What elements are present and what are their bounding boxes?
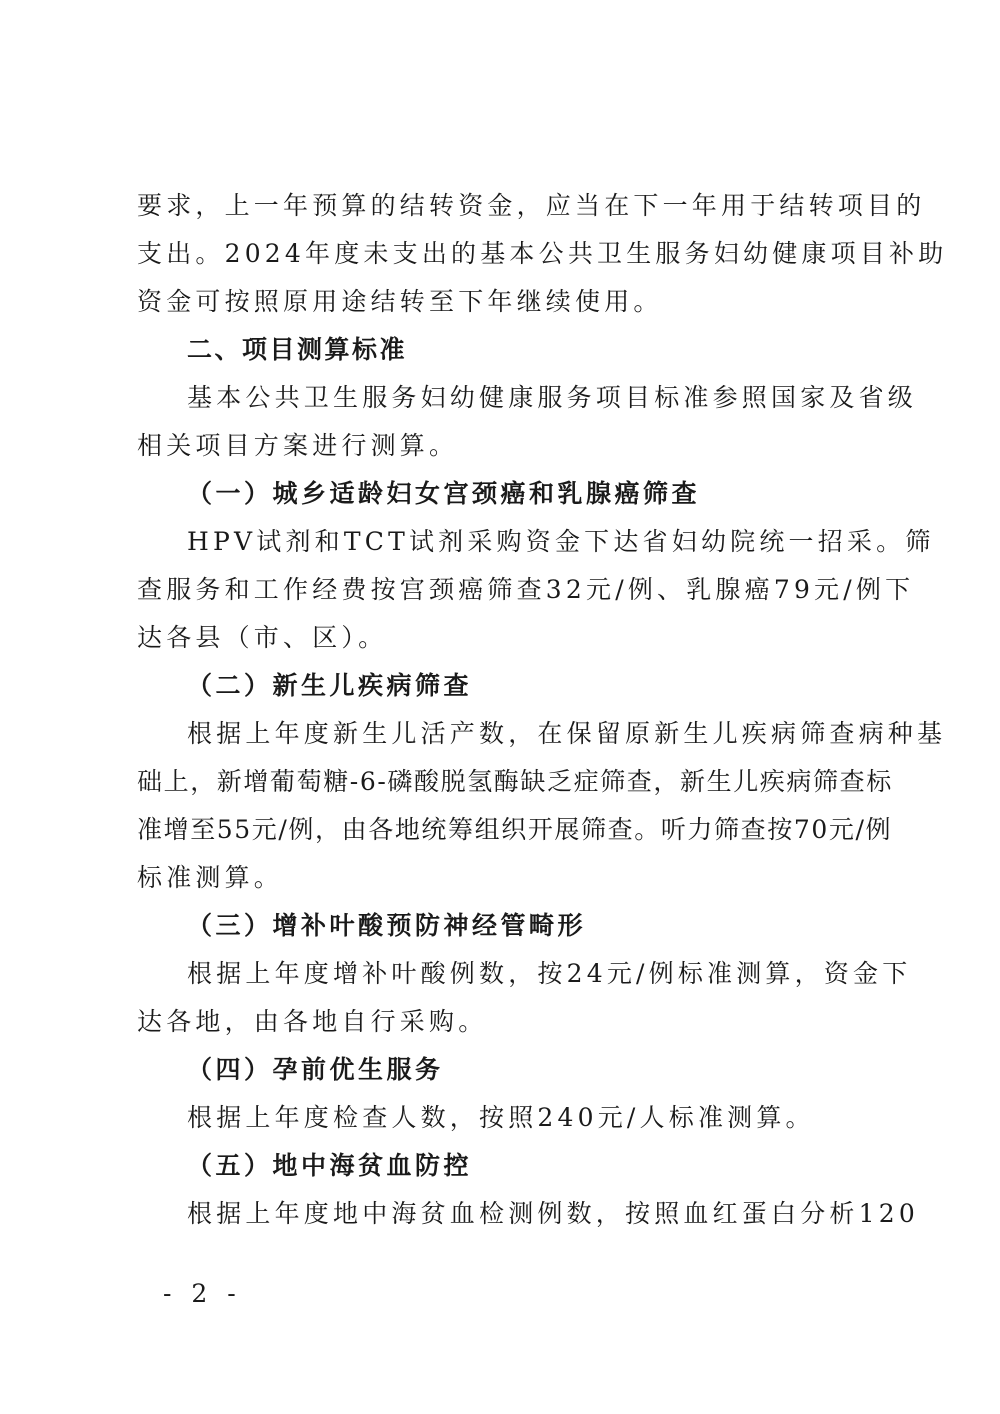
paragraph-line-preconception-1: 根据上年度检查人数，按照240元/人标准测算。 bbox=[187, 1100, 859, 1136]
subheading-3-folic-acid: （三）增补叶酸预防神经管畸形 bbox=[187, 908, 859, 944]
paragraph-line-newborn-2: 础上，新增葡萄糖-6-磷酸脱氢酶缺乏症筛查，新生儿疾病筛查标 bbox=[137, 764, 859, 800]
paragraph-line-carryover-3: 资金可按照原用途结转至下年继续使用。 bbox=[137, 284, 859, 320]
page-number: - 2 - bbox=[163, 1276, 242, 1312]
paragraph-line-cancer-1: HPV试剂和TCT试剂采购资金下达省妇幼院统一招采。筛 bbox=[187, 524, 859, 560]
paragraph-line-carryover-1: 要求，上一年预算的结转资金，应当在下一年用于结转项目的 bbox=[137, 188, 859, 224]
paragraph-line-carryover-2: 支出。2024年度未支出的基本公共卫生服务妇幼健康项目补助 bbox=[137, 236, 859, 272]
paragraph-line-folic-1: 根据上年度增补叶酸例数，按24元/例标准测算，资金下 bbox=[187, 956, 859, 992]
paragraph-line-folic-2: 达各地，由各地自行采购。 bbox=[137, 1004, 859, 1040]
paragraph-line-cancer-3: 达各县（市、区）。 bbox=[137, 620, 859, 656]
paragraph-line-newborn-3: 准增至55元/例，由各地统筹组织开展筛查。听力筛查按70元/例 bbox=[137, 812, 859, 848]
subheading-1-cancer-screening: （一）城乡适龄妇女宫颈癌和乳腺癌筛查 bbox=[187, 476, 859, 512]
paragraph-line-cancer-2: 查服务和工作经费按宫颈癌筛查32元/例、乳腺癌79元/例下 bbox=[137, 572, 859, 608]
paragraph-line-newborn-1: 根据上年度新生儿活产数，在保留原新生儿疾病筛查病种基 bbox=[187, 716, 859, 752]
subheading-2-newborn-screening: （二）新生儿疾病筛查 bbox=[187, 668, 859, 704]
paragraph-line-standards-1: 基本公共卫生服务妇幼健康服务项目标准参照国家及省级 bbox=[187, 380, 859, 416]
subheading-5-thalassemia: （五）地中海贫血防控 bbox=[187, 1148, 859, 1184]
section-heading-2: 二、项目测算标准 bbox=[187, 332, 859, 368]
paragraph-line-thalassemia-1: 根据上年度地中海贫血检测例数，按照血红蛋白分析120 bbox=[187, 1196, 859, 1232]
subheading-4-preconception: （四）孕前优生服务 bbox=[187, 1052, 859, 1088]
document-page: 要求，上一年预算的结转资金，应当在下一年用于结转项目的 支出。2024年度未支出… bbox=[0, 0, 1000, 1414]
paragraph-line-standards-2: 相关项目方案进行测算。 bbox=[137, 428, 859, 464]
paragraph-line-newborn-4: 标准测算。 bbox=[137, 860, 859, 896]
